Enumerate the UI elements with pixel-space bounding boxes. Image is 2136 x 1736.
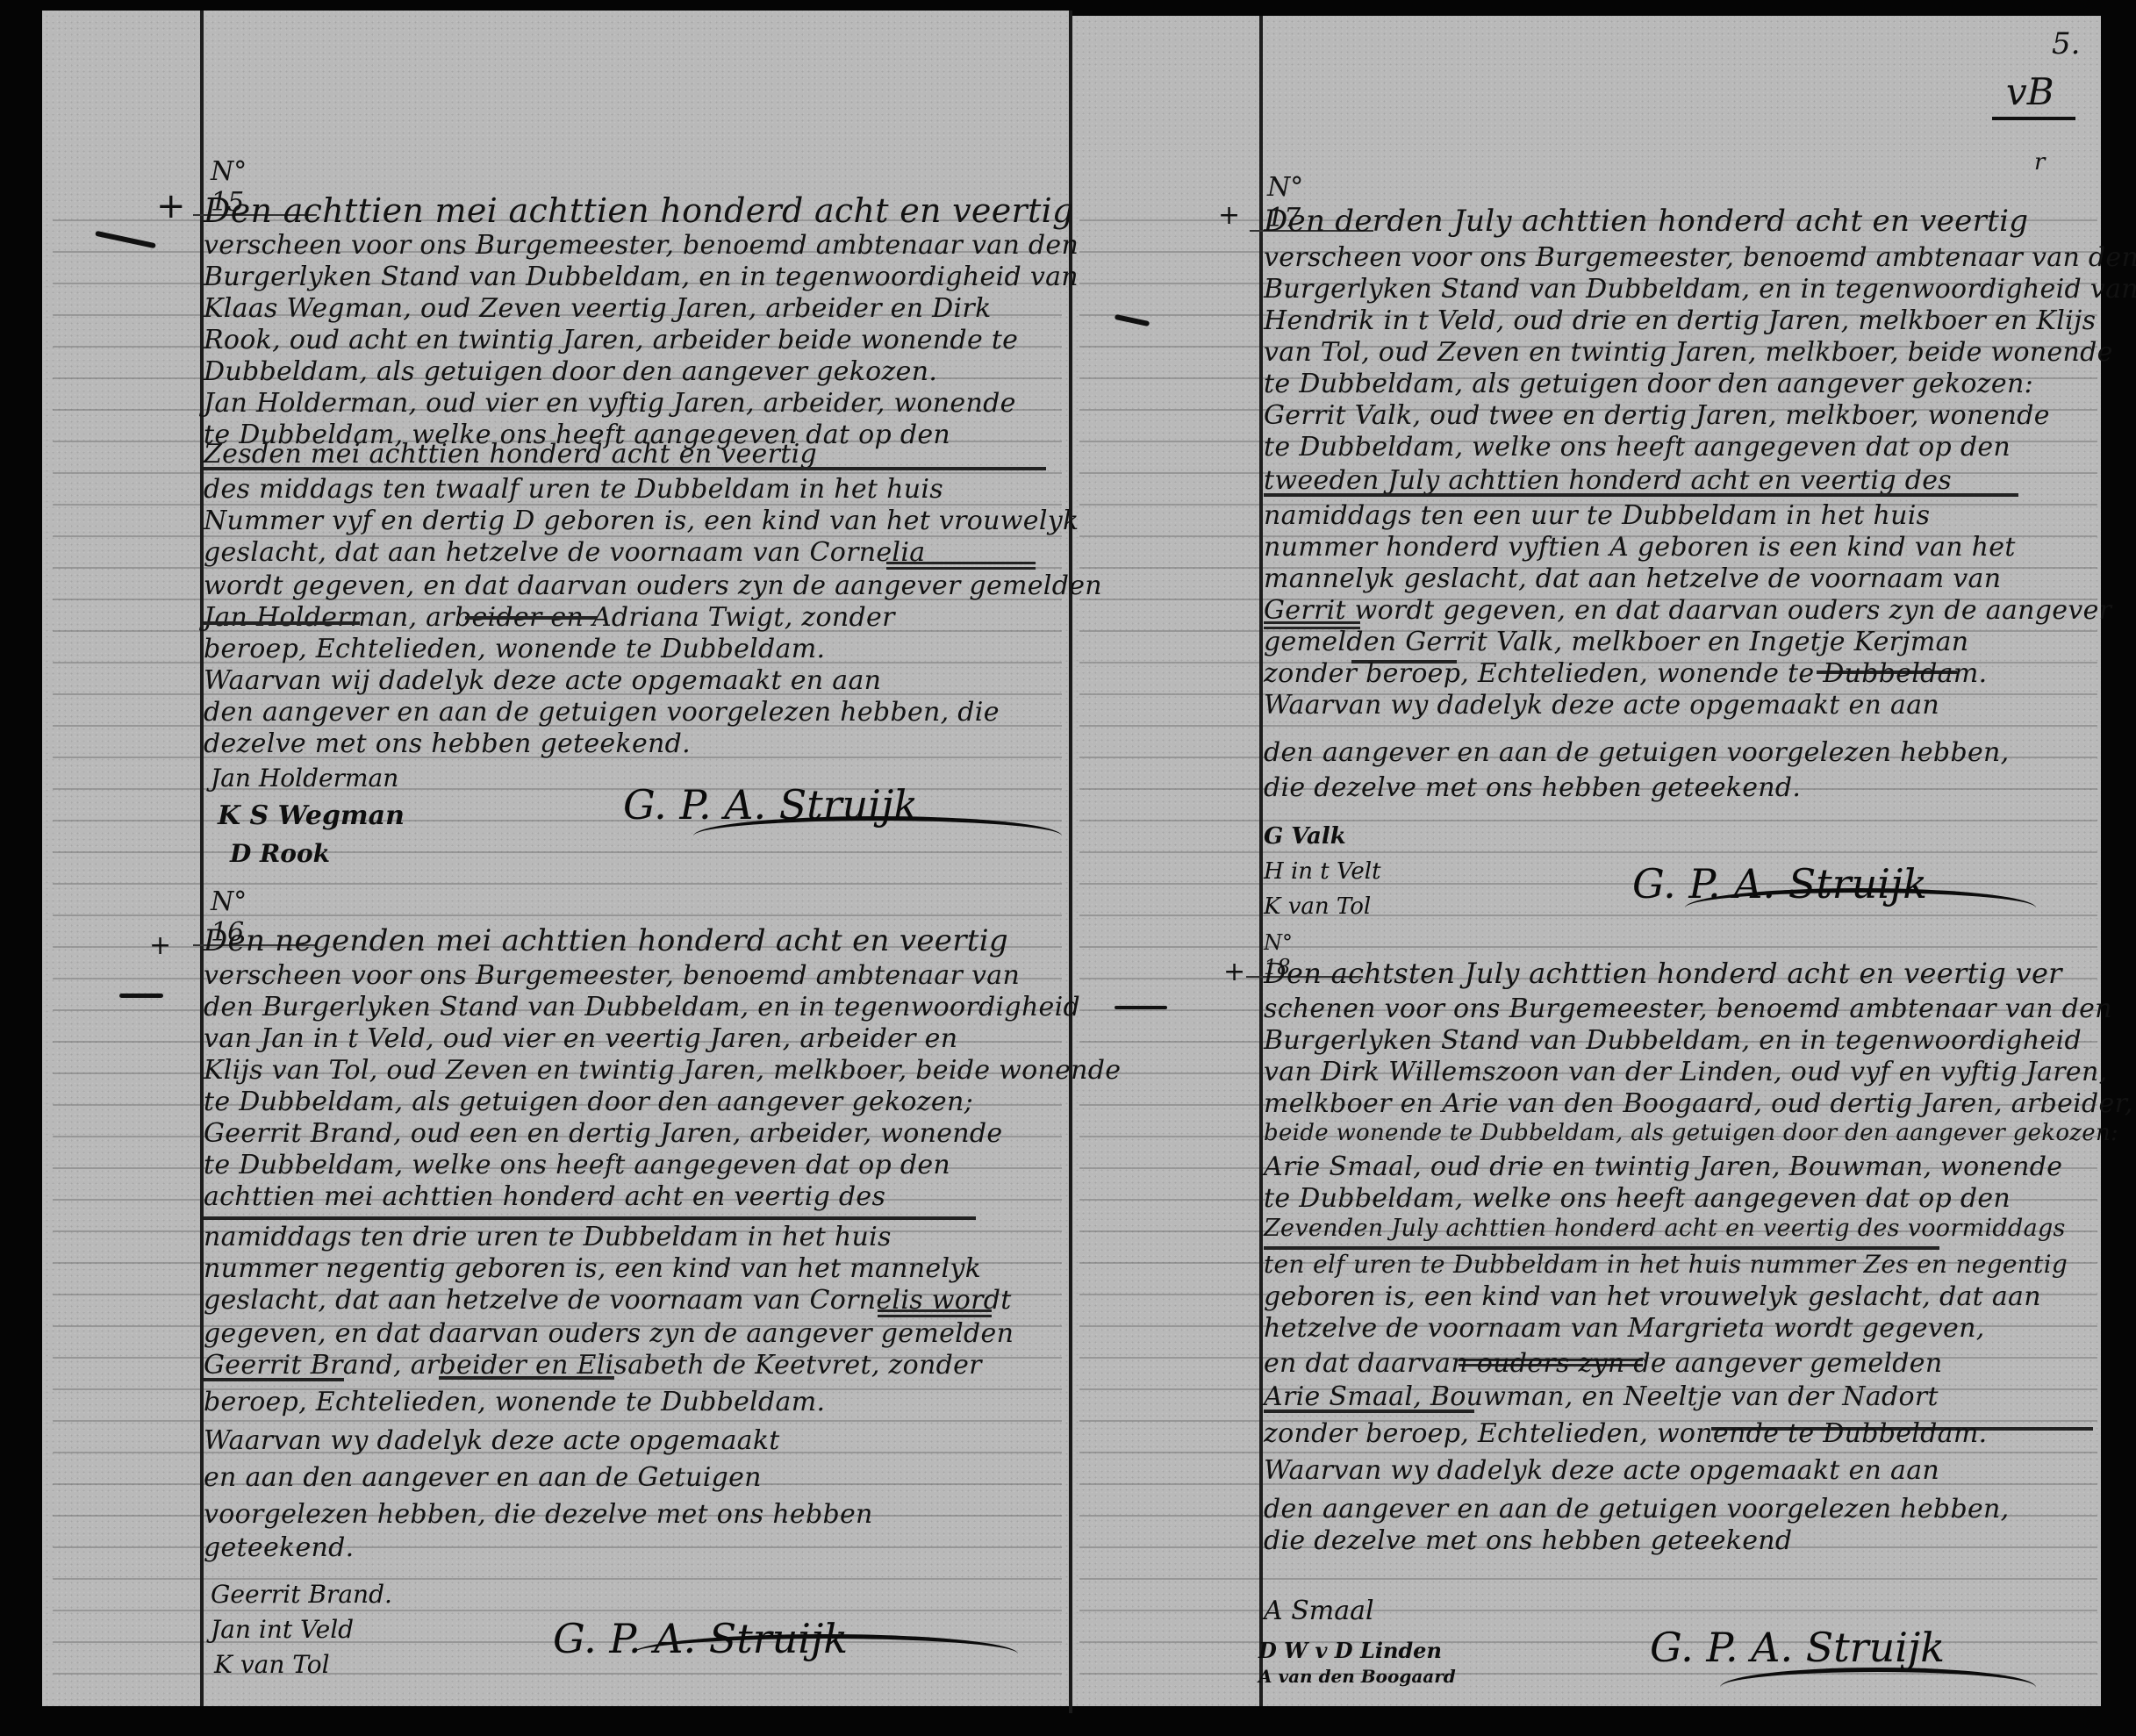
text-line: namiddags ten een uur te Dubbeldam in he… — [1264, 500, 1930, 531]
text-line: van Dirk Willemszoon van der Linden, oud… — [1264, 1057, 2107, 1087]
text-line: achttien mei achttien honderd acht en ve… — [204, 1181, 885, 1212]
ruled-line — [1079, 851, 2097, 853]
ruled-line — [1079, 725, 2097, 727]
margin-dash-mark — [119, 994, 163, 998]
text-line: gegeven, en dat daarvan ouders zyn de aa… — [204, 1318, 1014, 1349]
text-line: melkboer en Arie van den Boogaard, oud d… — [1264, 1088, 2133, 1119]
text-line: Den negenden mei achttien honderd acht e… — [204, 923, 1008, 958]
text-line: verscheen voor ons Burgemeester, benoemd… — [1264, 242, 2136, 273]
text-line: Den achtsten July achttien honderd acht … — [1264, 957, 2062, 990]
witness-signature: D W v D Linden — [1258, 1638, 1442, 1663]
margin-cross-mark: + — [1223, 957, 1245, 987]
text-line: beroep, Echtelieden, wonende te Dubbelda… — [204, 1387, 825, 1417]
text-line: Waarvan wij dadelyk deze acte opgemaakt … — [204, 665, 881, 696]
mother-name-underline — [439, 1376, 614, 1380]
ruled-line — [53, 1578, 1062, 1580]
ruled-line — [1079, 1610, 2097, 1611]
witness-signature: Jan int Veld — [211, 1615, 354, 1644]
child-name-underline — [1264, 621, 1360, 624]
witness-signature: K van Tol — [214, 1650, 330, 1679]
text-line: zonder beroep, Echtelieden, wonende te D… — [1264, 658, 1987, 689]
text-line: schenen voor ons Burgemeester, benoemd a… — [1264, 994, 2112, 1024]
text-line: van Tol, oud Zeven en twintig Jaren, mel… — [1264, 337, 2113, 368]
text-line: verscheen voor ons Burgemeester, benoemd… — [204, 960, 1020, 991]
text-line: beide wonende te Dubbeldam, als getuigen… — [1264, 1120, 2118, 1146]
date-underline — [204, 1216, 976, 1220]
date-underline — [1264, 493, 2018, 497]
text-line: Arie Smaal, oud drie en twintig Jaren, B… — [1264, 1151, 2062, 1182]
text-line: Hendrik in t Veld, oud drie en dertig Ja… — [1264, 305, 2096, 336]
text-line: ten elf uren te Dubbeldam in het huis nu… — [1264, 1250, 2068, 1279]
margin-cross-mark: + — [149, 930, 171, 961]
text-line: Den achttien mei achttien honderd acht e… — [204, 191, 1074, 230]
ruled-line — [1079, 946, 2097, 948]
text-line: te Dubbeldam, welke ons heeft aangegeven… — [1264, 1183, 2011, 1214]
text-line: geslacht, dat aan hetzelve de voornaam v… — [204, 537, 925, 568]
text-line: die dezelve met ons hebben geteekend — [1264, 1525, 1792, 1556]
text-line: Jan Holderman, oud vier en vyftig Jaren,… — [204, 388, 1016, 419]
text-line: den aangever en aan de getuigen voorgele… — [204, 697, 1000, 728]
text-line: Waarvan wy dadelyk deze acte opgemaakt — [204, 1425, 780, 1456]
text-line: die dezelve met ons hebben geteekend. — [1264, 772, 1801, 803]
text-line: van Jan in t Veld, oud vier en veertig J… — [204, 1023, 957, 1054]
witness-signature: Jan Holderman — [211, 764, 398, 793]
text-line: Waarvan wy dadelyk deze acte opgemaakt e… — [1264, 690, 1939, 721]
text-line: Rook, oud acht en twintig Jaren, arbeide… — [204, 325, 1018, 355]
witness-signature: K van Tol — [1264, 893, 1371, 920]
margin-dash-mark — [1115, 1006, 1167, 1009]
text-line: Zevenden July achttien honderd acht en v… — [1264, 1215, 2066, 1242]
witness-signature: Geerrit Brand. — [211, 1580, 392, 1609]
witness-signature: G Valk — [1264, 823, 1346, 850]
ruled-line — [53, 1610, 1062, 1611]
officer-signature: G. P. A. Struijk — [1650, 1624, 1945, 1671]
child-name-underline — [878, 1309, 992, 1312]
text-line: dezelve met ons hebben geteekend. — [204, 728, 691, 759]
text-line: en dat daarvan ouders zyn de aangever ge… — [1264, 1348, 1942, 1379]
text-line: Den derden July achttien honderd acht en… — [1264, 204, 2028, 239]
ruled-line — [1079, 820, 2097, 821]
text-line: wordt gegeven, en dat daarvan ouders zyn… — [204, 570, 1102, 601]
margin-cross-mark: + — [1218, 200, 1240, 231]
father-name-underline — [204, 621, 360, 625]
text-line: Gerrit wordt gegeven, en dat daarvan oud… — [1264, 595, 2111, 626]
witness-signature: A Smaal — [1264, 1596, 1374, 1626]
folio-mark: vB — [1992, 70, 2075, 120]
text-line: voorgelezen hebben, die dezelve met ons … — [204, 1499, 873, 1530]
text-line: geboren is, een kind van het vrouwelyk g… — [1264, 1281, 2041, 1312]
mother-name-underline — [465, 616, 597, 620]
text-line: den aangever en aan de getuigen voorgele… — [1264, 1494, 2009, 1524]
text-line: Zesden mei achttien honderd acht en veer… — [204, 439, 817, 470]
right-margin-rule — [1259, 16, 1263, 1706]
text-line: en aan den aangever en aan de Getuigen — [204, 1462, 762, 1493]
text-line: Gerrit Valk, oud twee en dertig Jaren, m… — [1264, 400, 2050, 431]
signature-flourish — [1685, 888, 2036, 928]
witness-signature: H in t Velt — [1264, 858, 1381, 885]
date-underline — [204, 467, 1046, 470]
text-line: den aangever en aan de getuigen voorgele… — [1264, 737, 2009, 768]
ruled-line — [1079, 883, 2097, 885]
page-number: 5. — [2052, 26, 2080, 61]
text-line: Geerrit Brand, oud een en dertig Jaren, … — [204, 1118, 1002, 1149]
text-line: Klijs van Tol, oud Zeven en twintig Jare… — [204, 1055, 1121, 1086]
text-line: hetzelve de voornaam van Margrieta wordt… — [1264, 1313, 1985, 1344]
father-name-underline — [1264, 1410, 1474, 1413]
corner-mark: r — [2034, 149, 2045, 176]
signature-flourish — [693, 816, 1062, 856]
text-line: Dubbeldam, als getuigen door den aangeve… — [204, 356, 937, 387]
ruled-line — [1079, 1578, 2097, 1580]
text-line: te Dubbeldam, als getuigen door den aang… — [1264, 369, 2033, 399]
text-line: beroep, Echtelieden, wonende te Dubbelda… — [204, 634, 825, 664]
text-line: Nummer vyf en dertig D geboren is, een k… — [204, 506, 1079, 536]
father-name-underline — [204, 1378, 344, 1381]
text-line: Klaas Wegman, oud Zeven veertig Jaren, a… — [204, 293, 992, 324]
ruled-line — [1079, 1452, 2097, 1453]
text-line: te Dubbeldam, welke ons heeft aangegeven… — [1264, 432, 2011, 463]
ruled-line — [53, 1420, 1062, 1422]
text-line: Arie Smaal, Bouwman, en Neeltje van der … — [1264, 1381, 1939, 1412]
text-line: den Burgerlyken Stand van Dubbeldam, en … — [204, 992, 1080, 1022]
text-line: Burgerlyken Stand van Dubbeldam, en in t… — [204, 262, 1079, 292]
ruled-line — [53, 883, 1062, 885]
margin-cross-mark: + — [156, 186, 186, 226]
ruled-line — [53, 915, 1062, 916]
child-name-underline — [886, 562, 1036, 564]
text-line: mannelyk geslacht, dat aan hetzelve de v… — [1264, 563, 2001, 594]
text-line: nummer negentig geboren is, een kind van… — [204, 1253, 981, 1284]
signature-flourish — [632, 1634, 1018, 1674]
signature-flourish — [1720, 1668, 2036, 1707]
text-line: zonder beroep, Echtelieden, wonende te D… — [1264, 1418, 1987, 1449]
text-line: geteekend. — [204, 1532, 355, 1563]
text-line: te Dubbeldam, welke ons heeft aangegeven… — [204, 1150, 950, 1180]
text-line: gemelden Gerrit Valk, melkboer en Ingetj… — [1264, 627, 1968, 657]
text-line: te Dubbeldam, als getuigen door den aang… — [204, 1087, 973, 1117]
text-line: des middags ten twaalf uren te Dubbeldam… — [204, 474, 943, 505]
text-line: Burgerlyken Stand van Dubbeldam, en in t… — [1264, 274, 2136, 305]
witness-signature: K S Wegman — [218, 800, 405, 831]
text-line: namiddags ten drie uren te Dubbeldam in … — [204, 1222, 892, 1252]
text-line: Waarvan wy dadelyk deze acte opgemaakt e… — [1264, 1455, 1939, 1486]
text-line: verscheen voor ons Burgemeester, benoemd… — [204, 230, 1079, 261]
text-line: nummer honderd vyftien A geboren is een … — [1264, 532, 2016, 563]
text-line: Burgerlyken Stand van Dubbeldam, en in t… — [1264, 1025, 2082, 1056]
witness-signature: D Rook — [230, 839, 330, 868]
witness-signature: A van den Boogaard — [1258, 1666, 1456, 1687]
text-line: tweeden July achttien honderd acht en ve… — [1264, 465, 1952, 496]
